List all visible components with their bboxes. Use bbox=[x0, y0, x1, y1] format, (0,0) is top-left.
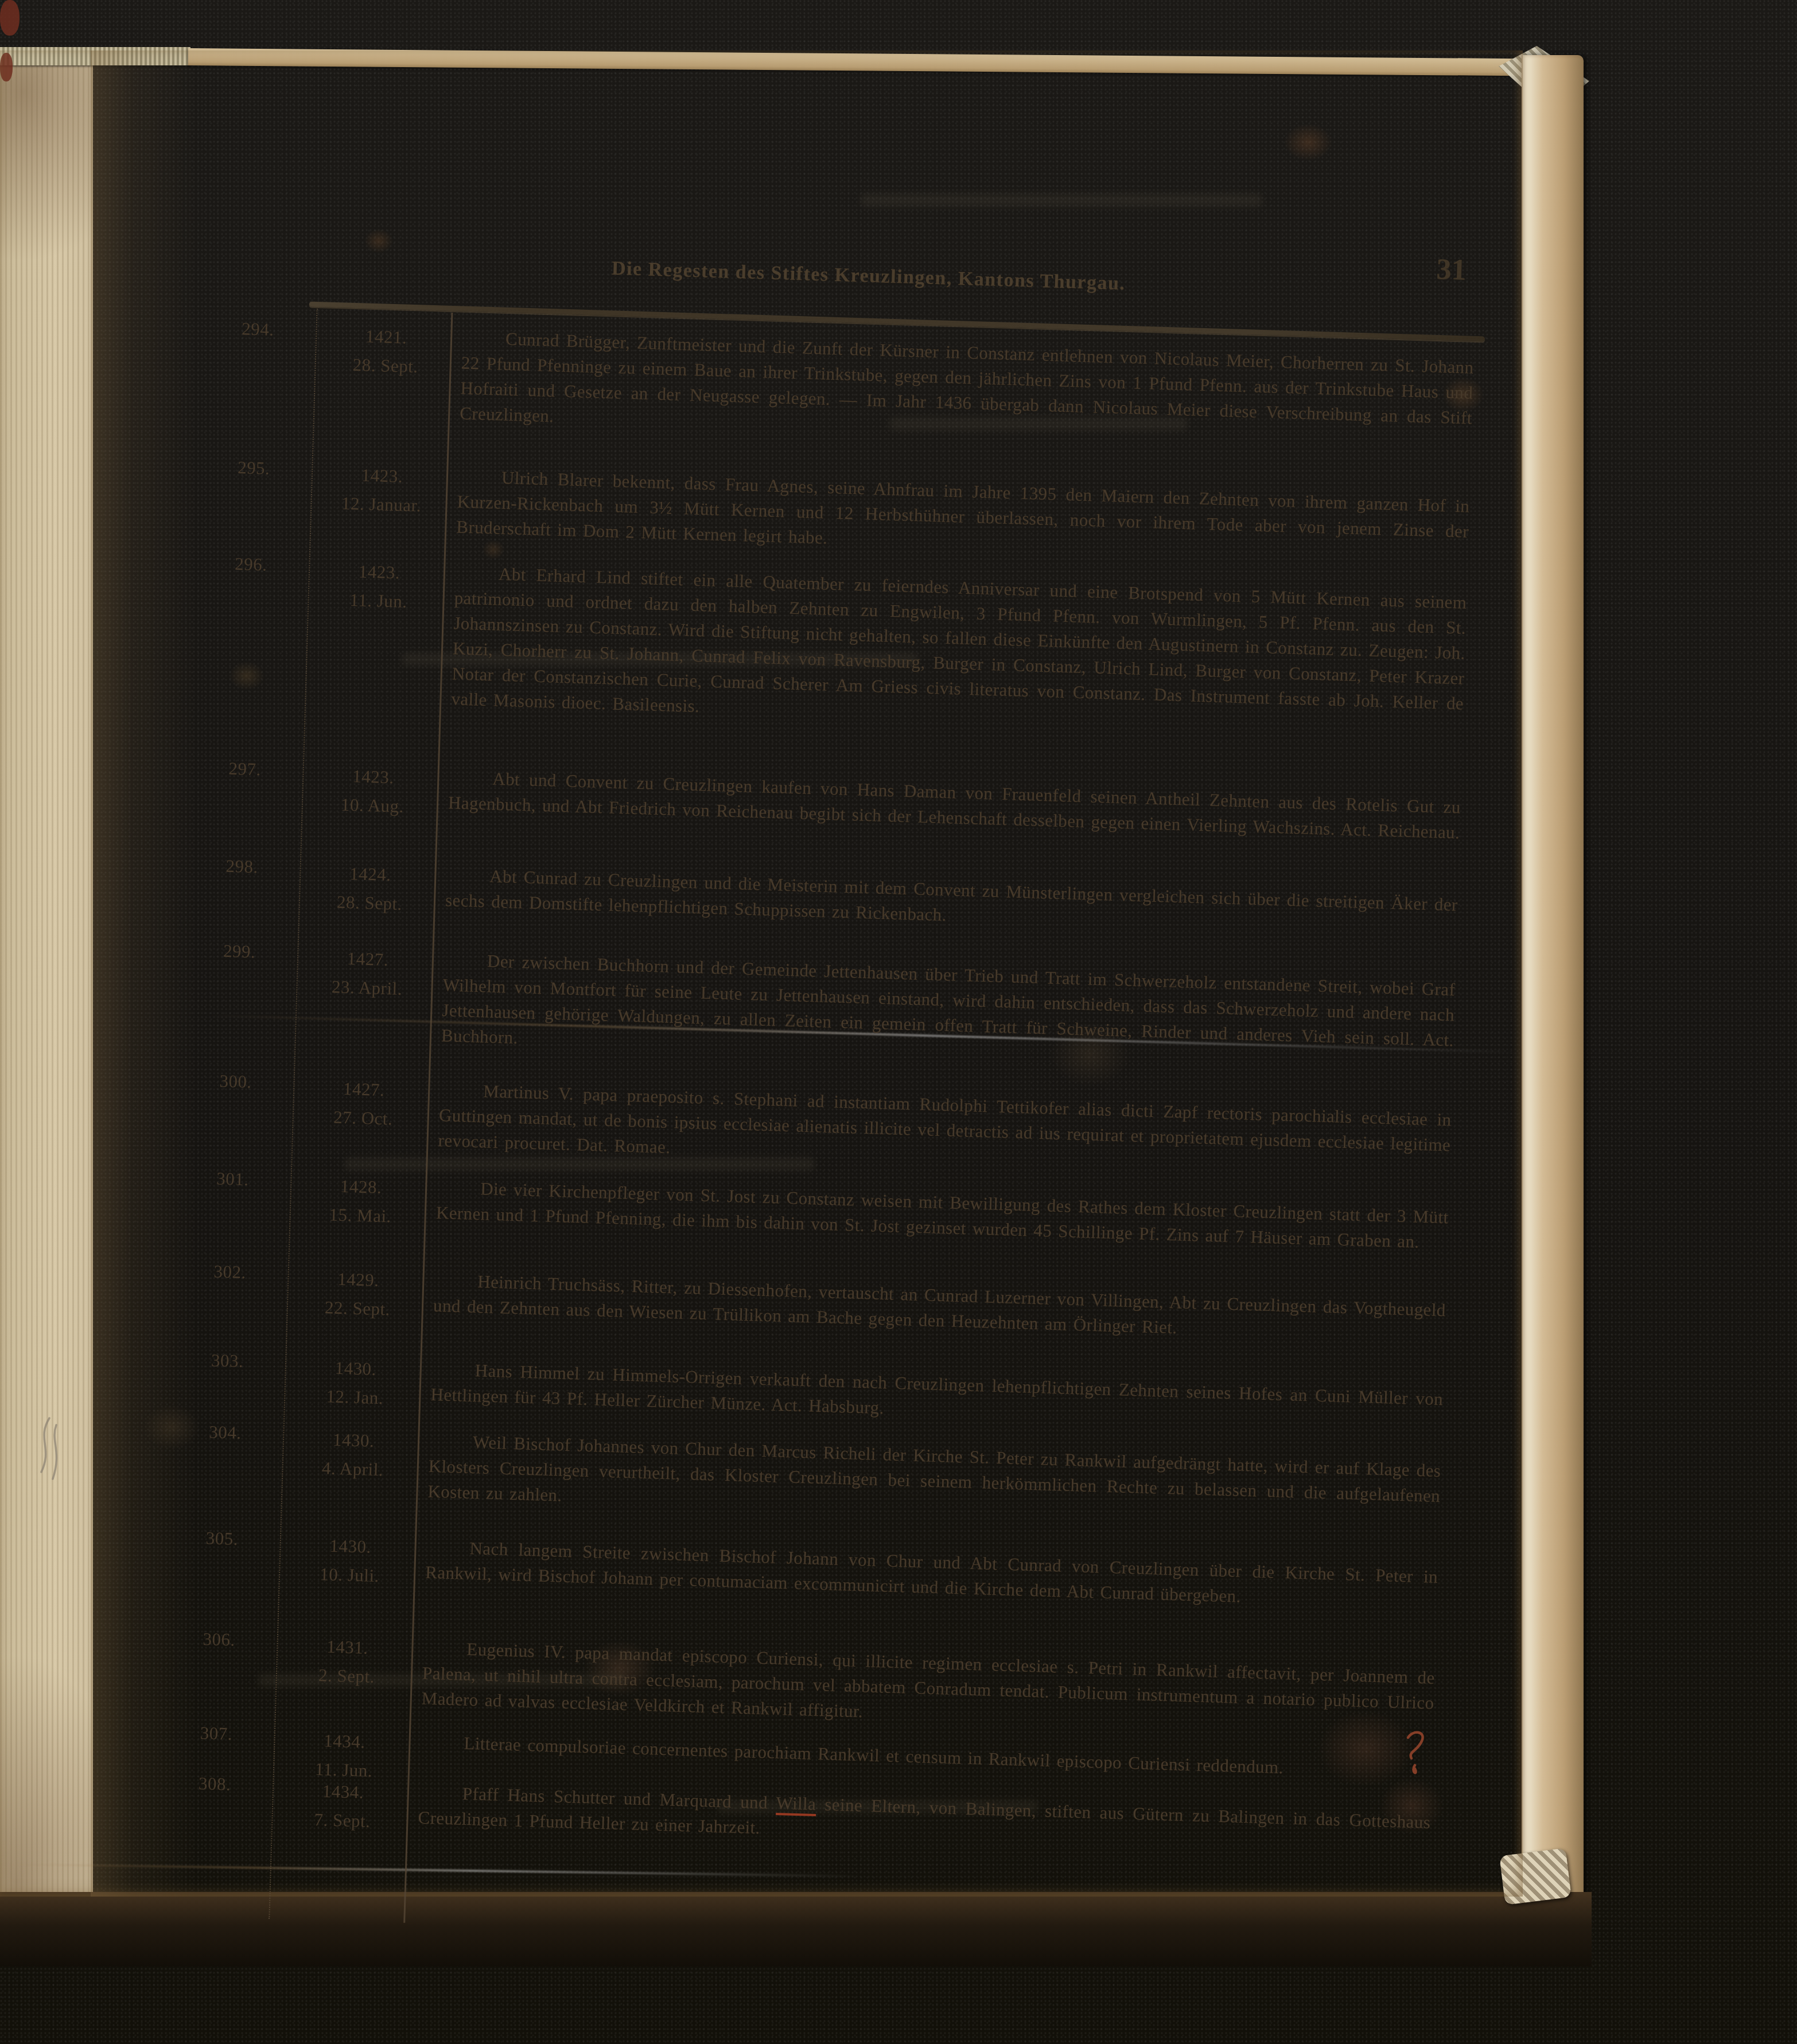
entry-date: 1430.4. April. bbox=[291, 1424, 415, 1485]
entry-text-run: Der zwischen Buchhorn und der Gemeinde J… bbox=[441, 951, 1456, 1050]
entry-year: 1430. bbox=[289, 1531, 411, 1563]
entry-text: Pfaff Hans Schutter und Marquard und Wil… bbox=[418, 1780, 1431, 1860]
entry-number: 295. bbox=[210, 457, 298, 480]
printed-content: Die Regesten des Stiftes Kreuzlingen, Ka… bbox=[150, 241, 1497, 1988]
entry-text-run: Abt und Convent zu Creuzlingen kaufen vo… bbox=[448, 769, 1461, 843]
regest-entry: 295.1423.12. Januar.Ulrich Blarer bekenn… bbox=[195, 456, 1491, 495]
entry-date: 1430.12. Jan. bbox=[294, 1353, 417, 1414]
entry-day: 10. Aug. bbox=[311, 789, 433, 822]
entry-date: 1431.2. Sept. bbox=[285, 1632, 409, 1692]
entry-number: 305. bbox=[178, 1527, 266, 1550]
entry-text: Abt Cunrad zu Creuzlingen und die Meiste… bbox=[445, 862, 1458, 943]
entry-text-run: Pfaff Hans Schutter und Marquard und bbox=[462, 1784, 776, 1813]
entry-day: 28. Sept. bbox=[324, 350, 446, 382]
entry-number: 294. bbox=[214, 318, 302, 341]
entry-day: 28. Sept. bbox=[308, 887, 430, 919]
entry-number: 299. bbox=[196, 940, 283, 963]
entry-year: 1423. bbox=[321, 460, 443, 492]
scan-background: Die Regesten des Stiftes Kreuzlingen, Ka… bbox=[0, 0, 1797, 2044]
entry-year: 1434. bbox=[283, 1725, 406, 1757]
entry-date: 1421.28. Sept. bbox=[324, 321, 448, 382]
binding-red-fragment bbox=[0, 0, 20, 36]
entry-number: 301. bbox=[189, 1167, 277, 1190]
entry-text-run: Heinrich Truchsäss, Ritter, zu Diessenho… bbox=[433, 1271, 1446, 1337]
entry-day: 2. Sept. bbox=[285, 1660, 407, 1692]
regest-entry: 298.1424.28. Sept.Abt Cunrad zu Creuzlin… bbox=[182, 855, 1479, 893]
entry-number: 306. bbox=[175, 1628, 263, 1651]
entry-number: 298. bbox=[198, 855, 286, 878]
entry-text-run: Abt Erhard Lind stiftet ein alle Quatemb… bbox=[451, 564, 1467, 716]
entry-text: Die vier Kirchenpfleger von St. Jost zu … bbox=[435, 1175, 1449, 1255]
entry-text-run: Eugenius IV. papa mandat episcopo Curien… bbox=[421, 1639, 1435, 1722]
entry-text: Abt Erhard Lind stiftet ein alle Quatemb… bbox=[451, 560, 1467, 741]
entry-date: 1424.28. Sept. bbox=[308, 858, 431, 919]
entry-number: 307. bbox=[172, 1722, 260, 1745]
entry-year: 1423. bbox=[312, 761, 434, 793]
entry-text-run: Weil Bischof Johannes von Chur den Marcu… bbox=[427, 1432, 1441, 1506]
book-page: Die Regesten des Stiftes Kreuzlingen, Ka… bbox=[0, 50, 1523, 1897]
entry-text: Heinrich Truchsäss, Ritter, zu Diessenho… bbox=[433, 1268, 1446, 1348]
entry-text-run: Abt Cunrad zu Creuzlingen und die Meiste… bbox=[445, 866, 1458, 925]
entry-date: 1427.23. April. bbox=[306, 943, 429, 1004]
entry-day: 12. Jan. bbox=[294, 1381, 416, 1414]
entry-number: 302. bbox=[186, 1260, 274, 1283]
entry-date: 1428.15. Mai. bbox=[299, 1171, 422, 1232]
regest-entry: 299.1427.23. April.Der zwischen Buchhorn… bbox=[180, 939, 1476, 978]
entry-text: Abt und Convent zu Creuzlingen kaufen vo… bbox=[448, 765, 1461, 845]
entries-layer: 294.1421.28. Sept.Cunrad Brügger, Zunftm… bbox=[150, 241, 1497, 1988]
red-underlined-word: Willa bbox=[776, 1793, 816, 1816]
entry-day: 23. April. bbox=[306, 972, 428, 1004]
entry-text-run: Hans Himmel zu Himmels-Orrigen verkauft … bbox=[430, 1360, 1444, 1418]
entry-number: 296. bbox=[207, 553, 295, 576]
entry-day: 12. Januar. bbox=[320, 488, 442, 520]
regest-entry: 306.1431.2. Sept.Eugenius IV. papa manda… bbox=[160, 1628, 1456, 1666]
entry-year: 1428. bbox=[300, 1171, 422, 1203]
entry-text: Eugenius IV. papa mandat episcopo Curien… bbox=[421, 1636, 1435, 1741]
entry-text-run: Nach langem Streite zwischen Bischof Joh… bbox=[425, 1538, 1438, 1606]
entry-text-run: Die vier Kirchenpfleger von St. Jost zu … bbox=[435, 1178, 1449, 1252]
entry-number: 303. bbox=[184, 1349, 271, 1372]
regest-entry: 303.1430.12. Jan.Hans Himmel zu Himmels-… bbox=[168, 1349, 1464, 1387]
entry-text: Martinus V. papa praeposito s. Stephani … bbox=[438, 1077, 1452, 1183]
entry-text-run: Cunrad Brügger, Zunftmeister und die Zun… bbox=[460, 329, 1474, 428]
entry-year: 1427. bbox=[306, 943, 429, 975]
entry-day: 22. Sept. bbox=[296, 1292, 418, 1325]
entry-year: 1429. bbox=[297, 1264, 419, 1296]
entry-date: 1429.22. Sept. bbox=[296, 1264, 419, 1325]
entry-day: 10. Juli. bbox=[288, 1559, 410, 1591]
book-cover-edge-right bbox=[1522, 55, 1584, 1900]
regest-entry: 294.1421.28. Sept.Cunrad Brügger, Zunftm… bbox=[199, 317, 1495, 356]
entry-number: 304. bbox=[181, 1421, 269, 1444]
entry-year: 1431. bbox=[286, 1632, 409, 1664]
entry-number: 300. bbox=[192, 1070, 279, 1093]
pencil-mark bbox=[30, 1415, 70, 1489]
entry-number: 297. bbox=[201, 757, 289, 780]
entry-text: Hans Himmel zu Himmels-Orrigen verkauft … bbox=[430, 1357, 1444, 1437]
regest-entry: 300.1427.27. Oct.Martinus V. papa praepo… bbox=[176, 1069, 1472, 1108]
entry-date: 1427.27. Oct. bbox=[302, 1073, 425, 1134]
entry-year: 1430. bbox=[294, 1353, 417, 1385]
entry-day: 4. April. bbox=[291, 1453, 414, 1485]
entry-year: 1421. bbox=[325, 321, 447, 353]
entry-date: 1423.12. Januar. bbox=[320, 460, 444, 520]
entry-date: 1423.10. Aug. bbox=[311, 761, 434, 822]
entry-text-run: Litterae compulsoriae concernentes paroc… bbox=[464, 1733, 1283, 1777]
entry-date: 1423.11. Jun. bbox=[317, 556, 441, 617]
entry-year: 1423. bbox=[318, 556, 440, 588]
entry-day: 27. Oct. bbox=[302, 1102, 424, 1134]
entry-text: Der zwischen Buchhorn und der Gemeinde J… bbox=[441, 947, 1455, 1078]
entry-text-run: Martinus V. papa praeposito s. Stephani … bbox=[438, 1081, 1452, 1157]
entry-year: 1434. bbox=[282, 1776, 404, 1808]
entry-date: 1434.7. Sept. bbox=[281, 1776, 404, 1836]
entry-number: 308. bbox=[171, 1773, 259, 1796]
entry-day: 15. Mai. bbox=[299, 1200, 421, 1232]
entry-text-run: Ulrich Blarer bekennt, dass Frau Agnes, … bbox=[456, 468, 1470, 548]
show-through-smudge bbox=[861, 194, 1262, 207]
entry-text: Litterae compulsoriae concernentes paroc… bbox=[420, 1730, 1433, 1785]
regest-entry: 302.1429.22. Sept.Heinrich Truchsäss, Ri… bbox=[170, 1260, 1467, 1298]
regest-entry: 305.1430.10. Juli.Nach langem Streite zw… bbox=[162, 1527, 1458, 1565]
entry-text: Weil Bischof Johannes von Chur den Marcu… bbox=[427, 1428, 1441, 1534]
entry-year: 1424. bbox=[309, 858, 431, 890]
entry-text: Nach langem Streite zwischen Bischof Joh… bbox=[425, 1535, 1438, 1615]
entry-year: 1427. bbox=[303, 1073, 425, 1105]
entry-day: 7. Sept. bbox=[281, 1804, 403, 1836]
entry-text: Cunrad Brügger, Zunftmeister und die Zun… bbox=[460, 325, 1474, 456]
entry-text: Ulrich Blarer bekennt, dass Frau Agnes, … bbox=[456, 464, 1470, 569]
entry-day: 11. Jun. bbox=[317, 585, 439, 617]
entry-date: 1430.10. Juli. bbox=[288, 1531, 411, 1591]
regest-entry: 297.1423.10. Aug.Abt und Convent zu Creu… bbox=[185, 757, 1481, 796]
entry-year: 1430. bbox=[292, 1424, 414, 1457]
